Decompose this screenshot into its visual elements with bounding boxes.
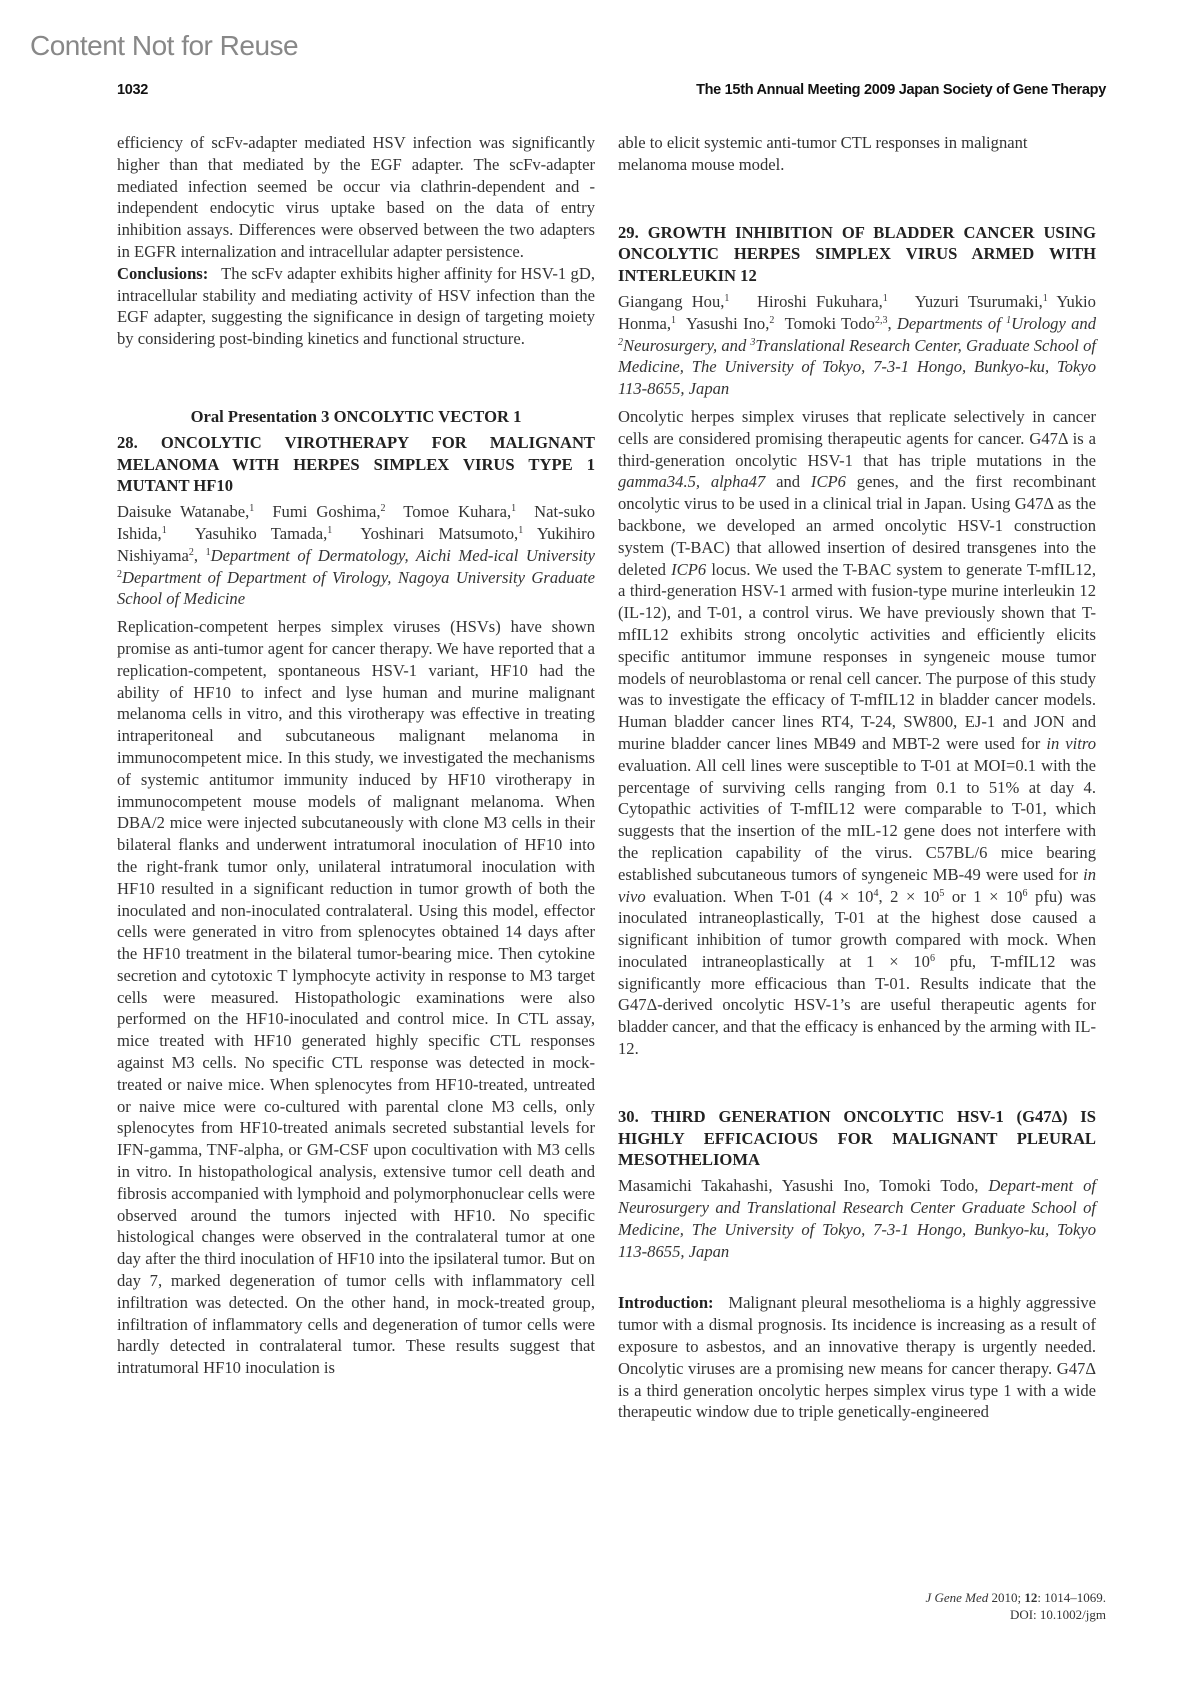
author: Yoshinari Matsumoto,: [360, 524, 518, 543]
abstract-30-title: 30. THIRD GENERATION ONCOLYTIC HSV-1 (G4…: [618, 1106, 1096, 1171]
conclusions-label: Conclusions:: [117, 264, 208, 283]
running-title: The 15th Annual Meeting 2009 Japan Socie…: [696, 82, 1106, 98]
author-sup: 1: [883, 293, 888, 304]
section-title: Oral Presentation 3 ONCOLYTIC VECTOR 1: [117, 406, 595, 428]
affiliation: Department of Dermatology, Aichi Med-ica…: [211, 546, 595, 565]
author-sup: 2: [380, 503, 385, 514]
journal-pages: : 1014–1069.: [1037, 1590, 1106, 1605]
author-sup: 1: [327, 525, 332, 536]
author-sup: 1: [162, 525, 167, 536]
author-sup: 1: [724, 293, 729, 304]
author: Tomoki Todo: [785, 314, 875, 333]
author: Giangang Hou,: [618, 292, 724, 311]
continuation-paragraph: able to elicit systemic anti-tumor CTL r…: [618, 132, 1096, 176]
affiliation: Department of Department of Virology, Na…: [117, 568, 595, 609]
author-sup: 1: [671, 315, 676, 326]
doi: DOI: 10.1002/jgm: [925, 1606, 1106, 1623]
author-sup: 2,3: [875, 315, 888, 326]
author: Yasushi Ino,: [686, 314, 769, 333]
abstract-28-body: Replication-competent herpes simplex vir…: [117, 616, 595, 1379]
abstract-28-authors: Daisuke Watanabe,1 Fumi Goshima,2 Tomoe …: [117, 501, 595, 610]
author: Yuzuri Tsurumaki,: [915, 292, 1043, 311]
journal-year: 2010;: [988, 1590, 1024, 1605]
abstract-30-authors: Masamichi Takahashi, Yasushi Ino, Tomoki…: [618, 1175, 1096, 1262]
author: Yasuhiko Tamada,: [195, 524, 327, 543]
author: Hiroshi Fukuhara,: [757, 292, 883, 311]
page-number: 1032: [117, 82, 148, 98]
watermark: Content Not for Reuse: [30, 30, 298, 62]
abstract-29-authors: Giangang Hou,1 Hiroshi Fukuhara,1 Yuzuri…: [618, 291, 1096, 400]
footer-citation: J Gene Med 2010; 12: 1014–1069. DOI: 10.…: [925, 1589, 1106, 1623]
continuation-paragraph: efficiency of scFv-adapter mediated HSV …: [117, 132, 595, 263]
authors: Masamichi Takahashi, Yasushi Ino, Tomoki…: [618, 1176, 978, 1195]
abstract-30-introduction: Introduction: Malignant pleural mesothel…: [618, 1292, 1096, 1423]
journal-name: J Gene Med: [925, 1590, 988, 1605]
author: Fumi Goshima,: [272, 502, 380, 521]
abstract-29-title: 29. GROWTH INHIBITION OF BLADDER CANCER …: [618, 222, 1096, 287]
abstract-28-title: 28. ONCOLYTIC VIROTHERAPY FOR MALIGNANT …: [117, 432, 595, 497]
author-sup: 1: [518, 525, 523, 536]
author-sup: 2: [189, 547, 194, 558]
introduction-text: Malignant pleural mesothelioma is a high…: [618, 1293, 1096, 1421]
author: Daisuke Watanabe,: [117, 502, 249, 521]
abstract-29-body: Oncolytic herpes simplex viruses that re…: [618, 406, 1096, 1060]
conclusions-paragraph: Conclusions: The scFv adapter exhibits h…: [117, 263, 595, 350]
journal-volume: 12: [1024, 1590, 1037, 1605]
author-sup: 1: [1043, 293, 1048, 304]
introduction-label: Introduction:: [618, 1293, 714, 1312]
author-sup: 2: [769, 315, 774, 326]
author-sup: 1: [511, 503, 516, 514]
left-column: efficiency of scFv-adapter mediated HSV …: [117, 132, 595, 1379]
right-column: able to elicit systemic anti-tumor CTL r…: [618, 132, 1096, 1423]
author: Tomoe Kuhara,: [403, 502, 511, 521]
author-sup: 1: [249, 503, 254, 514]
